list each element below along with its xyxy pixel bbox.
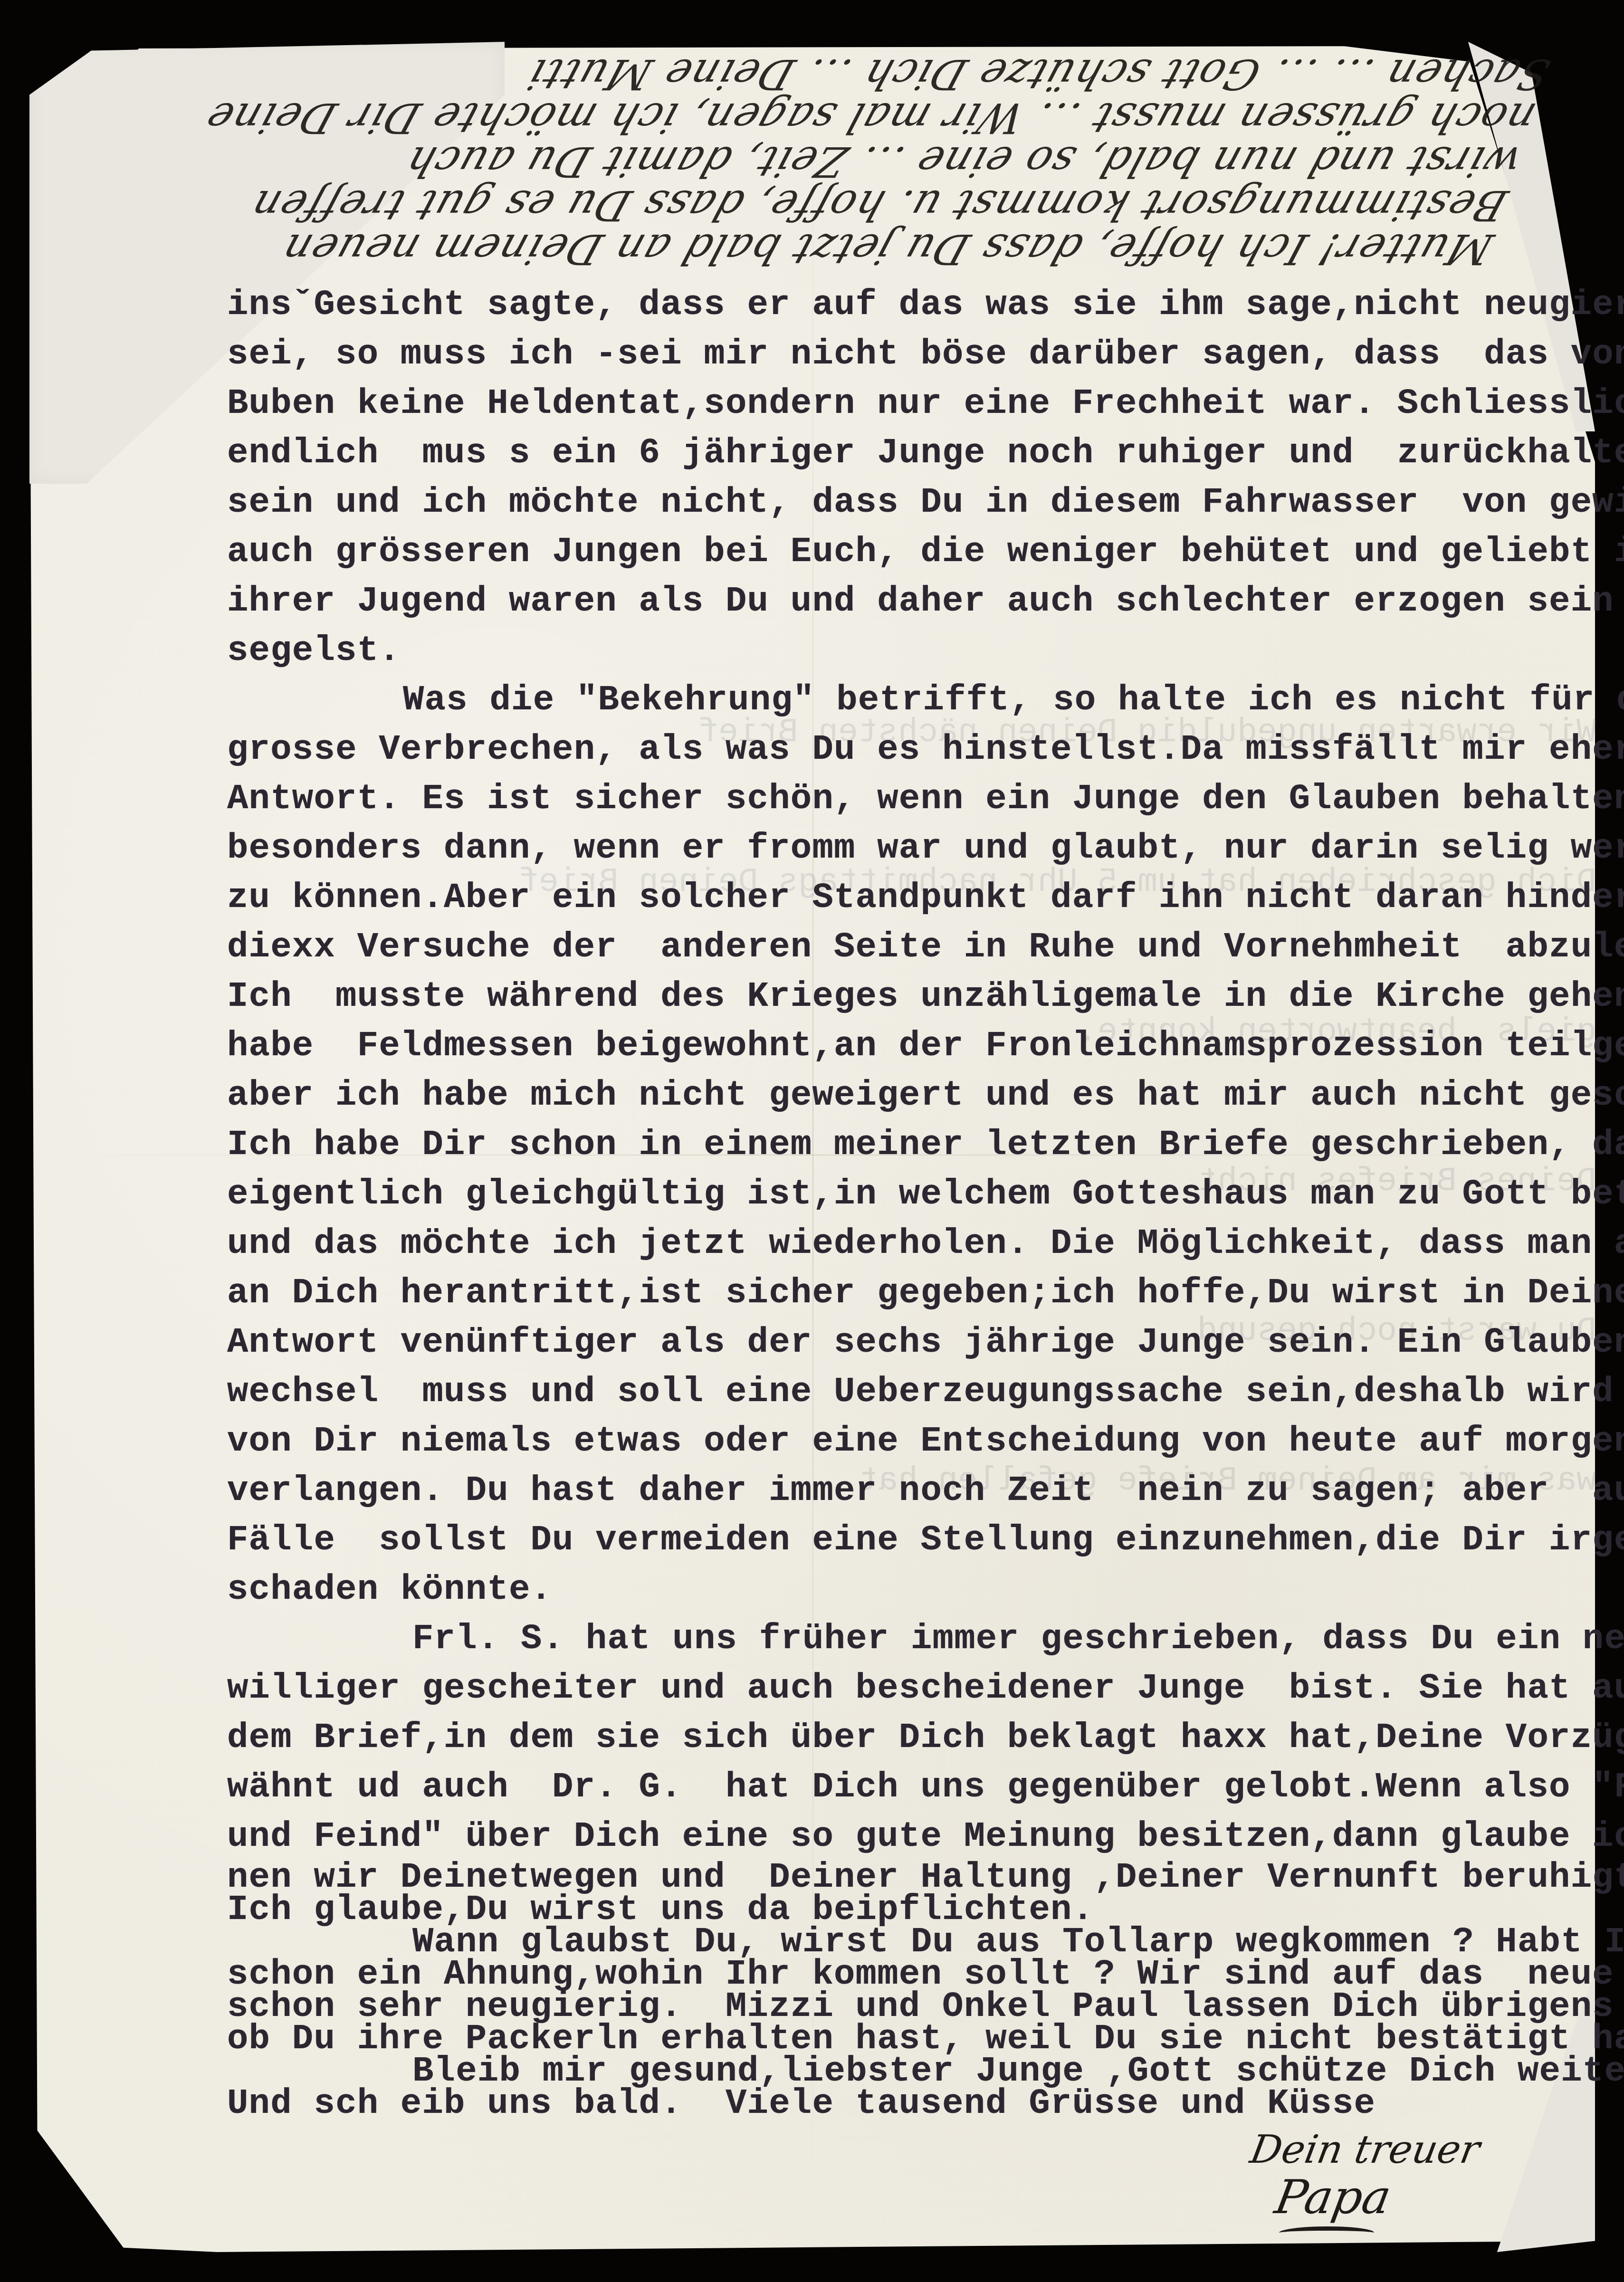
letter-line: an Dich herantritt,ist sicher gegeben;ic… — [227, 1269, 1586, 1318]
handwritten-line: Sachen ... ... Gott schütze Dich ... Dei… — [92, 52, 1555, 96]
letter-line: Buben keine Heldentat,sondern nur eine F… — [227, 379, 1586, 429]
letter-line: dem Brief,in dem sie sich über Dich bekl… — [227, 1713, 1586, 1763]
handwritten-note-upside-down: Mutter! Ich hoffe, dass Du jetzt bald an… — [35, 48, 1557, 271]
letter-line: schon ein Ahnung,wohin Ihr kommen sollt … — [227, 1958, 1586, 1991]
letter-line: ihrer Jugend waren als Du und daher auch… — [227, 577, 1586, 626]
letter-line: schaden könnte. — [227, 1565, 1586, 1614]
letter-line-paragraph-start: Frl. S. hat uns früher immer geschrieben… — [227, 1614, 1586, 1664]
letter-line: verlangen. Du hast daher immer noch Zeit… — [227, 1466, 1586, 1516]
letter-line: endlich mus s ein 6 jähriger Junge noch … — [227, 429, 1586, 478]
letter-line: Ich glaube,Du wirst uns da beipflichten. — [227, 1894, 1586, 1926]
letter-line: insˇGesicht sagte, dass er auf das was s… — [227, 280, 1586, 330]
handwritten-line: Mutter! Ich hoffe, dass Du jetzt bald an… — [35, 227, 1499, 271]
letter-line: Ich habe Dir schon in einem meiner letzt… — [227, 1120, 1586, 1170]
letter-line: Ich musste während des Krieges unzählige… — [227, 972, 1586, 1022]
letter-line-paragraph-start: Was die "Bekehrung" betrifft, so halte i… — [227, 676, 1586, 725]
letter-line: diexx Versuche der anderen Seite in Ruhe… — [227, 923, 1586, 972]
letter-line: und das möchte ich jetzt wiederholen. Di… — [227, 1219, 1586, 1269]
letter-line: wähnt ud auch Dr. G. hat Dich uns gegenü… — [227, 1763, 1586, 1812]
letter-line: sein und ich möchte nicht, dass Du in di… — [227, 478, 1586, 527]
typed-letter-body: insˇGesicht sagte, dass er auf das was s… — [227, 280, 1586, 2120]
letter-line: von Dir niemals etwas oder eine Entschei… — [227, 1417, 1586, 1466]
letter-line: Antwort venünftiger als der sechs jährig… — [227, 1318, 1586, 1367]
letter-line: eigentlich gleichgültig ist,in welchem G… — [227, 1170, 1586, 1219]
letter-line: nen wir Deinetwegen und Deiner Haltung ,… — [227, 1862, 1586, 1894]
letter-line: Fälle sollst Du vermeiden eine Stellung … — [227, 1516, 1586, 1565]
letter-line: Antwort. Es ist sicher schön, wenn ein J… — [227, 774, 1586, 824]
letter-line-paragraph-start: Bleib mir gesund,liebster Junge ,Gott sc… — [227, 2055, 1586, 2088]
letter-line-paragraph-start: Wann glaubst Du, wirst Du aus Tollarp we… — [227, 1926, 1586, 1958]
letter-line: wechsel muss und soll eine Ueberzeugungs… — [227, 1367, 1586, 1417]
letter-line: besonders dann, wenn er fromm war und gl… — [227, 824, 1586, 873]
signature-flourish-icon — [1278, 2226, 1375, 2239]
handwritten-line: noch grüssen musst ... Wir mal sagen, ic… — [77, 96, 1541, 140]
letter-line: habe Feldmessen beigewohnt,an der Fronle… — [227, 1022, 1586, 1071]
letter-line: williger gescheiter und auch bescheidene… — [227, 1664, 1586, 1713]
letter-line: und Feind" über Dich eine so gute Meinun… — [227, 1812, 1586, 1862]
letter-line-closing: Und sch eib uns bald. Viele tausend Grüs… — [227, 2088, 1586, 2120]
signature-salutation: Dein treuer — [1247, 2129, 1483, 2171]
letter-line: grosse Verbrechen, als was Du es hinstel… — [227, 725, 1586, 774]
letter-line: ob Du ihre Packerln erhalten hast, weil … — [227, 2023, 1586, 2055]
letter-line: auch grösseren Jungen bei Euch, die weni… — [227, 527, 1586, 577]
letter-line: sei, so muss ich -sei mir nicht böse dar… — [227, 330, 1586, 379]
letter-line: aber ich habe mich nicht geweigert und e… — [227, 1071, 1586, 1120]
letter-line: zu können.Aber ein solcher Standpunkt da… — [227, 873, 1586, 923]
handwritten-signature: Dein treuer Papa — [1235, 2129, 1483, 2239]
letter-line: schon sehr neugierig. Mizzi und Onkel Pa… — [227, 1991, 1586, 2023]
handwritten-line: wirst und nun bald, so eine ... Zeit, da… — [63, 140, 1527, 183]
signature-name: Papa — [1238, 2171, 1475, 2224]
letter-line: segelst. — [227, 626, 1586, 676]
handwritten-line: Bestimmungsort kommst u. hoffe, dass Du … — [49, 183, 1513, 227]
